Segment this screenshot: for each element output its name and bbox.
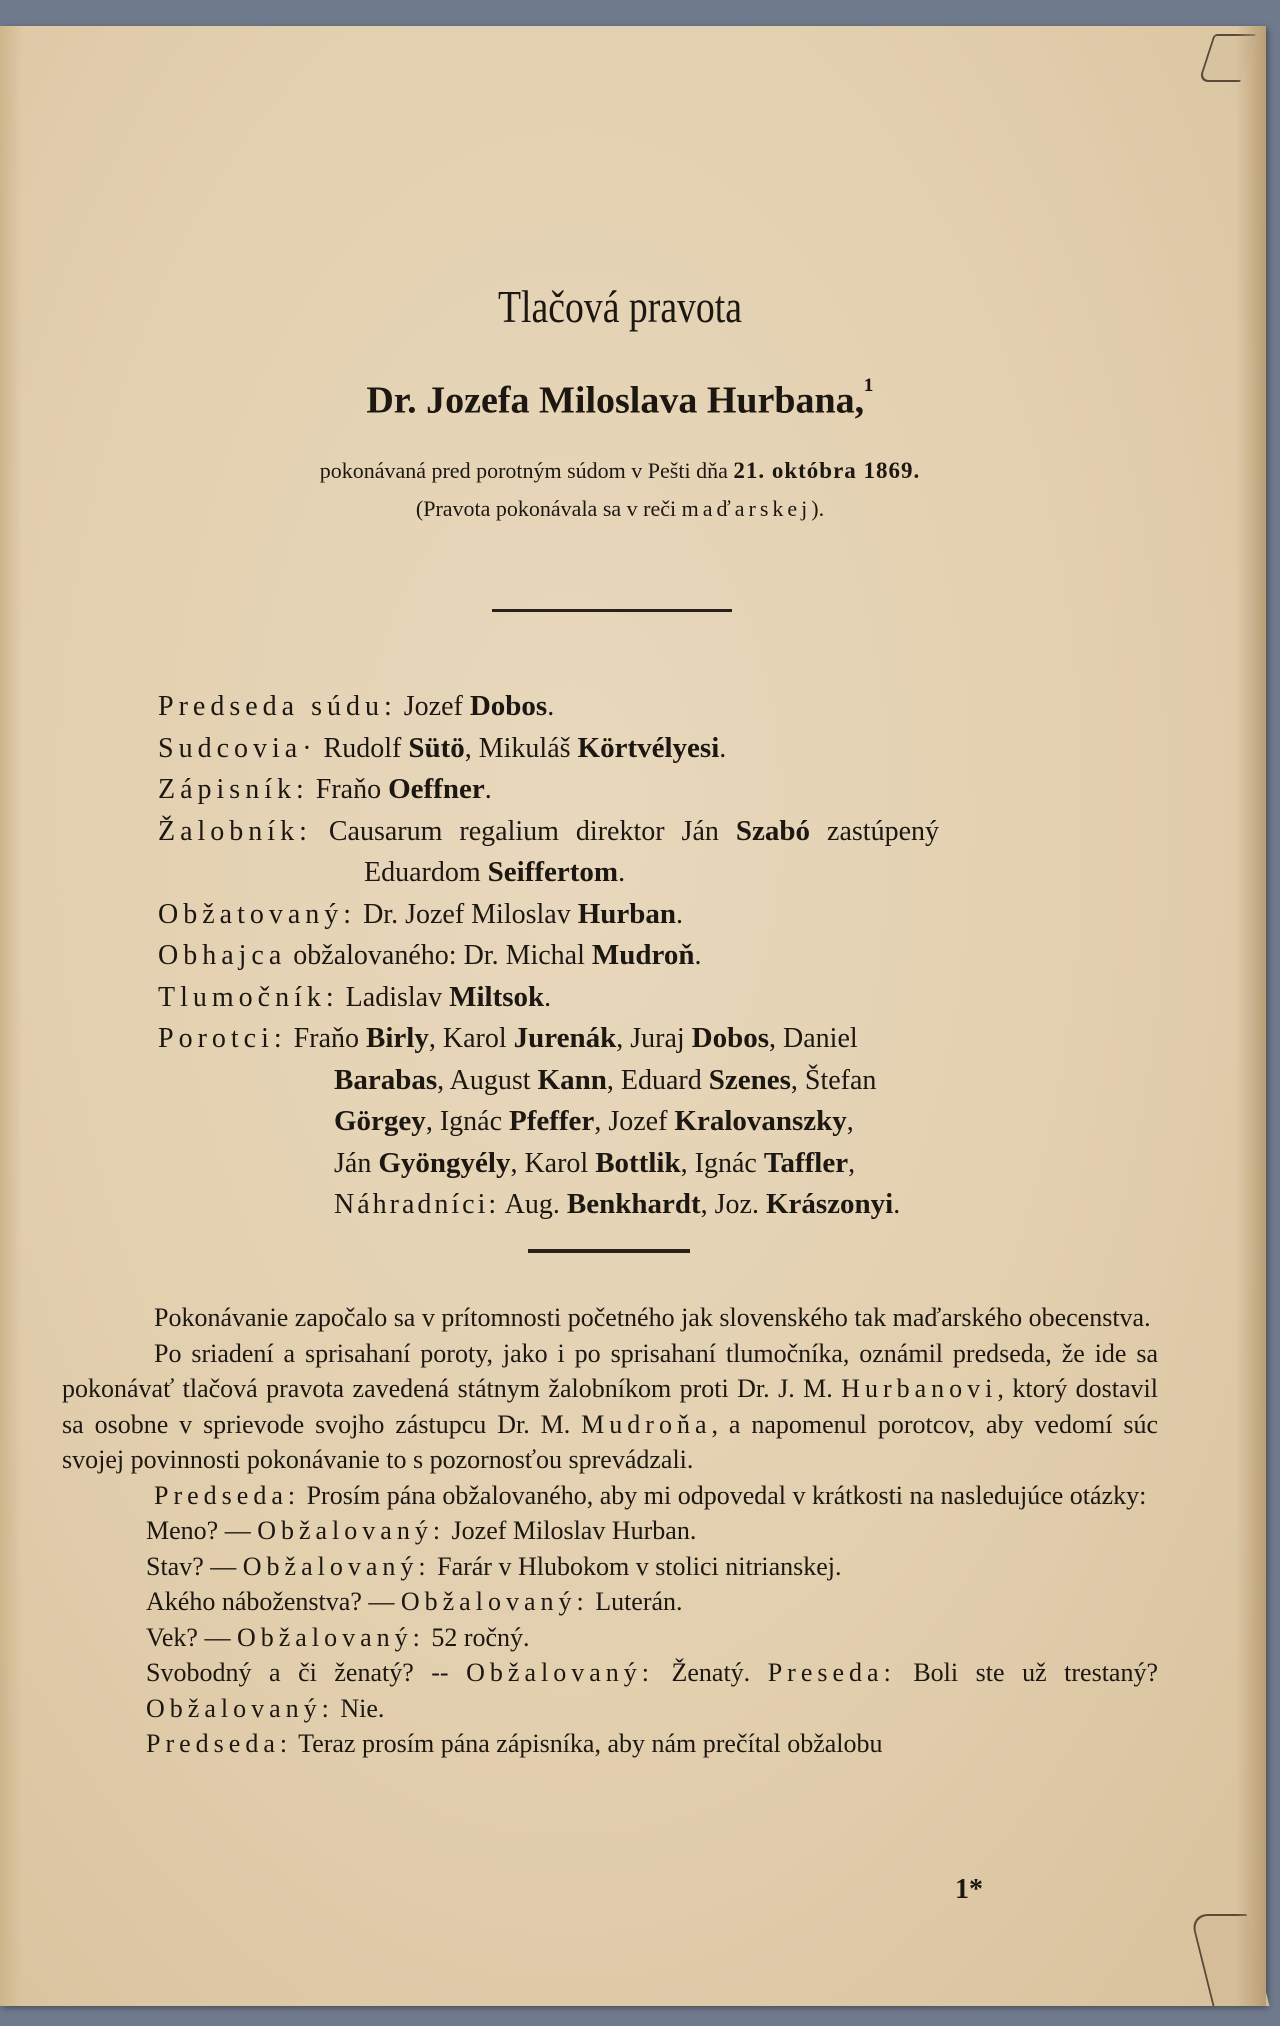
paragraph: Pokonávanie započalo sa v prítomnosti po… xyxy=(62,1300,1158,1336)
juror-first: Eduard xyxy=(621,1065,702,1096)
subtitle-text: Dr. Jozefa Miloslava Hurbana, xyxy=(366,380,864,422)
divider-rule xyxy=(492,609,732,612)
language-note-suffix: ). xyxy=(811,496,824,521)
roster-end: . xyxy=(618,857,625,888)
answer: Ženatý. xyxy=(672,1658,751,1687)
question: Boli ste už trestaný? xyxy=(913,1658,1158,1687)
juror-first: Ignác xyxy=(440,1106,502,1137)
speaker-label: Predseda: xyxy=(146,1729,292,1758)
roster-text: Dr. Michal xyxy=(464,940,585,971)
question: Vek? — xyxy=(146,1623,230,1652)
juror-name: Taffler xyxy=(764,1147,848,1179)
roster-row: Predseda súdu: Jozef Dobos. xyxy=(158,686,1158,728)
answer: Farár v Hlubokom v stolici nitrianskej. xyxy=(437,1552,841,1581)
answer: Jozef Miloslav Hurban. xyxy=(452,1516,697,1545)
roster-name: Dobos xyxy=(470,690,547,722)
question: Meno? — xyxy=(146,1516,251,1545)
proceedings-text: Pokonávanie započalo sa v prítomnosti po… xyxy=(62,1300,1158,1762)
roster-role: Obhajca xyxy=(158,940,286,971)
question: Stav? — xyxy=(146,1552,236,1581)
roster-role: Žalobník: xyxy=(158,816,312,847)
footnote-mark: ¹ xyxy=(864,371,874,406)
roster-text: Jozef xyxy=(404,691,463,722)
juror-first: Štefan xyxy=(805,1065,877,1096)
roster-row: Eduardom Seiffertom. xyxy=(158,852,1158,894)
speaker-label: Obžalovaný: xyxy=(237,1623,425,1652)
roster-name: Körtvélyesi xyxy=(578,732,720,764)
roster-row: Žalobník: Causarum regalium direktor Ján… xyxy=(158,811,1158,853)
juror-first: Karol xyxy=(524,1148,588,1179)
roster-name: Szabó xyxy=(736,815,810,847)
juror-first: Daniel xyxy=(783,1023,858,1054)
juror-name: Görgey xyxy=(334,1105,426,1137)
roster-name: Oeffner xyxy=(388,773,485,805)
jurors-line: Görgey, Ignác Pfeffer, Jozef Kralovanszk… xyxy=(158,1101,1158,1143)
speaker-label: Preseda: xyxy=(768,1658,896,1687)
alternate-first: Joz. xyxy=(715,1189,759,1220)
alternates-line: Náhradníci: Aug. Benkhardt, Joz. Krászon… xyxy=(158,1184,1158,1226)
jurors-role: Porotci: xyxy=(158,1023,287,1054)
jurors-line: Porotci: Fraňo Birly, Karol Jurenák, Jur… xyxy=(158,1018,1158,1060)
paragraph: Predseda: Teraz prosím pána zápisníka, a… xyxy=(62,1726,1158,1762)
roster-role-rest: obžalovaného: xyxy=(293,940,456,971)
qa-line: Stav? — Obžalovaný: Farár v Hlubokom v s… xyxy=(62,1549,1158,1585)
speaker-label: Obžalovaný: xyxy=(243,1552,431,1581)
jurors-line: Barabas, August Kann, Eduard Szenes, Šte… xyxy=(158,1060,1158,1102)
juror-name: Kralovanszky xyxy=(674,1105,846,1137)
divider-rule xyxy=(528,1249,690,1253)
roster-role: Tlumočník: xyxy=(158,982,339,1013)
roster-end: . xyxy=(676,899,683,930)
juror-name: Gyöngyély xyxy=(378,1147,510,1179)
roster-text: zastúpený xyxy=(827,816,939,847)
juror-first: August xyxy=(450,1065,531,1096)
roster-name: Hurban xyxy=(578,898,676,930)
juror-name: Kann xyxy=(538,1064,607,1096)
roster-text: Fraňo xyxy=(316,774,381,805)
roster-row: Obhajca obžalovaného: Dr. Michal Mudroň. xyxy=(158,935,1158,977)
roster-role: Zápisník: xyxy=(158,774,309,805)
roster-end: . xyxy=(719,733,726,764)
alternates-role: Náhradníci: xyxy=(334,1189,499,1220)
corner-fold-top xyxy=(1198,34,1256,82)
roster-row: Tlumočník: Ladislav Miltsok. xyxy=(158,977,1158,1019)
language-note-word: maďarskej xyxy=(682,496,812,521)
roster-text: Causarum regalium direktor Ján xyxy=(329,816,719,847)
juror-name: Birly xyxy=(366,1022,429,1054)
roster-row: Zápisník: Fraňo Oeffner. xyxy=(158,769,1158,811)
roster-end: . xyxy=(695,940,702,971)
dateline: pokonávaná pred porotným súdom v Pešti d… xyxy=(0,458,1240,484)
juror-name: Dobos xyxy=(692,1022,769,1054)
qa-line: Vek? — Obžalovaný: 52 ročný. xyxy=(62,1620,1158,1656)
scanned-page: Tlačová pravota Dr. Jozefa Miloslava Hur… xyxy=(0,26,1266,2006)
roster-row: Sudcovia· Rudolf Sütö, Mikuláš Körtvélye… xyxy=(158,728,1158,770)
roster-text: Dr. Jozef Miloslav xyxy=(363,899,571,930)
dateline-prefix: pokonávaná pred porotným súdom v Pešti d… xyxy=(320,458,728,483)
juror-name: Jurenák xyxy=(514,1022,617,1054)
roster-name: Miltsok xyxy=(449,981,544,1013)
qa-line: Svobodný a či ženatý? -- Obžalovaný: Žen… xyxy=(62,1655,1158,1726)
juror-first: Karol xyxy=(443,1023,507,1054)
roster-text: Rudolf xyxy=(324,733,402,764)
roster-end: . xyxy=(547,691,554,722)
question: Akého náboženstva? — xyxy=(146,1587,394,1616)
court-roster: Predseda súdu: Jozef Dobos. Sudcovia· Ru… xyxy=(158,686,1158,1226)
speaker-label: Obžalovaný: xyxy=(257,1516,445,1545)
paragraph: Po sriadení a sprisahaní poroty, jako i … xyxy=(62,1336,1158,1478)
dateline-date: 21. októbra 1869. xyxy=(733,458,920,483)
language-note-prefix: (Pravota pokonávala sa v reči xyxy=(416,496,676,521)
juror-name: Bottlik xyxy=(595,1147,680,1179)
roster-role: Predseda súdu: xyxy=(158,691,397,722)
qa-line: Akého náboženstva? — Obžalovaný: Luterán… xyxy=(62,1584,1158,1620)
roster-name: Sütö xyxy=(408,732,464,764)
juror-first: Fraňo xyxy=(294,1023,359,1054)
roster-end: . xyxy=(544,982,551,1013)
alternate-first: Aug. xyxy=(505,1189,560,1220)
language-note: (Pravota pokonávala sa v reči maďarskej)… xyxy=(0,496,1240,522)
roster-text: Ladislav xyxy=(346,982,442,1013)
roster-text: , Mikuláš xyxy=(465,733,571,764)
speaker-label: Obžalovaný: xyxy=(466,1658,654,1687)
paragraph: Predseda: Prosím pána obžalovaného, aby … xyxy=(62,1478,1158,1514)
roster-role: Obžatovaný: xyxy=(158,899,356,930)
paragraph-text: Prosím pána obžalovaného, aby mi odpoved… xyxy=(307,1481,1147,1510)
juror-first: Ján xyxy=(334,1148,371,1179)
roster-row: Obžatovaný: Dr. Jozef Miloslav Hurban. xyxy=(158,894,1158,936)
spaced-name: Mudroňa xyxy=(581,1410,711,1439)
answer: Luterán. xyxy=(595,1587,682,1616)
roster-name: Seiffertom xyxy=(488,856,618,888)
juror-first: Ignác xyxy=(695,1148,757,1179)
page-title: Tlačová pravota xyxy=(112,280,1129,333)
roster-role: Sudcovia· xyxy=(158,733,317,764)
speaker-label: Obžalovaný: xyxy=(146,1694,334,1723)
roster-name: Mudroň xyxy=(592,939,695,971)
juror-first: Jozef xyxy=(608,1106,667,1137)
qa-line: Meno? — Obžalovaný: Jozef Miloslav Hurba… xyxy=(62,1513,1158,1549)
answer: 52 ročný. xyxy=(431,1623,529,1652)
paragraph-text: Teraz prosím pána zápisníka, aby nám pre… xyxy=(298,1729,882,1758)
page-subtitle: Dr. Jozefa Miloslava Hurbana,¹ xyxy=(0,371,1240,423)
juror-name: Szenes xyxy=(709,1064,791,1096)
page-folio: 1* xyxy=(955,1874,983,1906)
juror-name: Pfeffer xyxy=(509,1105,594,1137)
corner-fold-bottom xyxy=(1190,1914,1270,2006)
roster-end: . xyxy=(485,774,492,805)
speaker-label: Predseda: xyxy=(154,1481,300,1510)
juror-first: Juraj xyxy=(630,1023,684,1054)
alternate-name: Benkhardt xyxy=(567,1188,701,1220)
jurors-line: Ján Gyöngyély, Karol Bottlik, Ignác Taff… xyxy=(158,1143,1158,1185)
spaced-name: Hurbanovi xyxy=(841,1374,997,1403)
roster-text: Eduardom xyxy=(364,857,481,888)
juror-name: Barabas xyxy=(334,1064,437,1096)
question: Svobodný a či ženatý? -- xyxy=(146,1658,449,1687)
answer: Nie. xyxy=(340,1694,384,1723)
alternate-name: Krászonyi xyxy=(766,1188,893,1220)
speaker-label: Obžalovaný: xyxy=(401,1587,589,1616)
